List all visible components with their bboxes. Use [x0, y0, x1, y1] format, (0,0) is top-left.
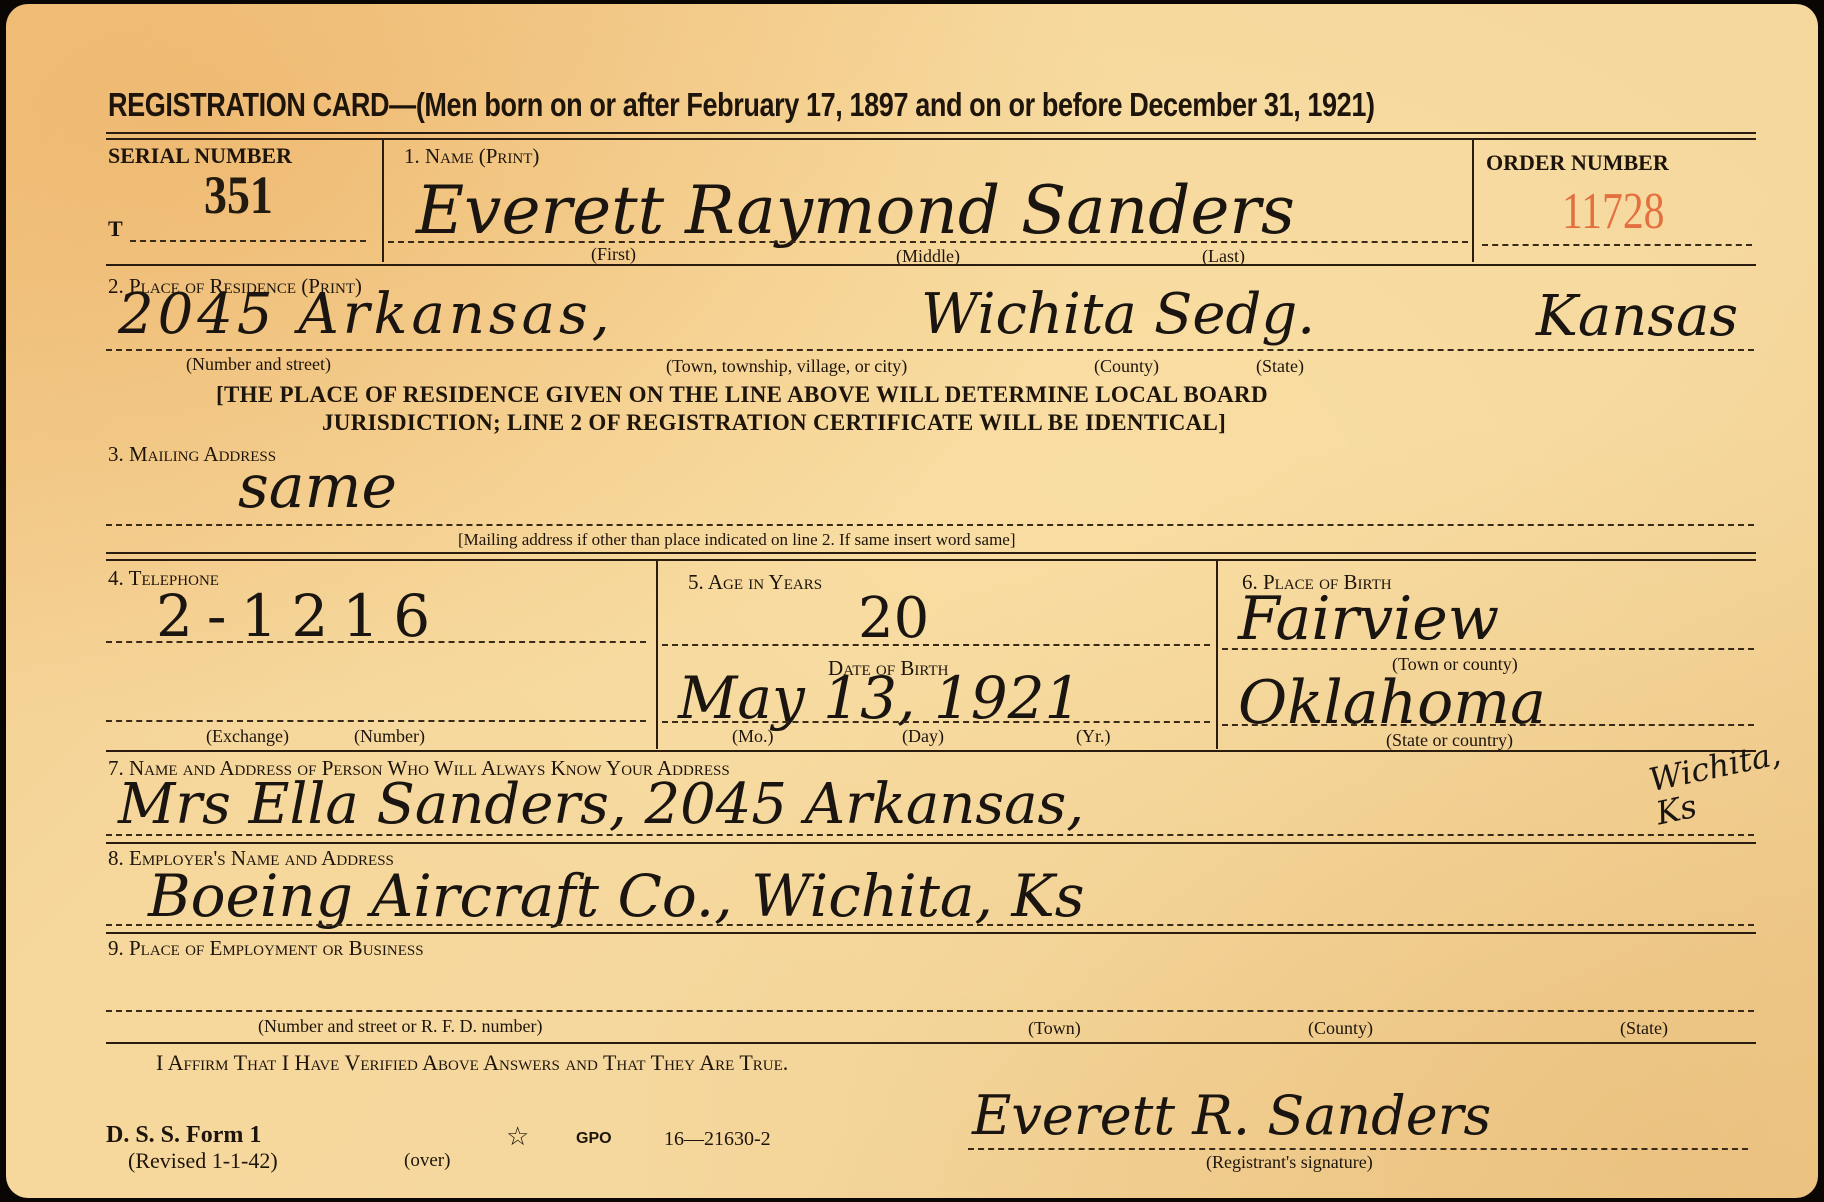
residence-sub-county: (County): [1094, 356, 1159, 377]
signature-value: Everett R. Sanders: [972, 1084, 1491, 1147]
mailing-line: [106, 524, 1754, 526]
divider: [106, 1042, 1756, 1044]
residence-notice-line2: JURISDICTION; LINE 2 OF REGISTRATION CER…: [322, 410, 1226, 436]
contact-margin-value: Wichita, Ks: [1646, 739, 1778, 830]
employment-sub-street: (Number and street or R. F. D. number): [258, 1016, 543, 1037]
divider: [106, 559, 1756, 561]
form-id: D. S. S. Form 1: [106, 1122, 261, 1149]
mailing-address-sub: [Mailing address if other than place ind…: [458, 530, 1016, 550]
divider: [106, 932, 1756, 934]
registration-card: REGISTRATION CARD—(Men born on or after …: [6, 4, 1818, 1198]
birthplace-state-value: Oklahoma: [1238, 668, 1546, 738]
order-number-value: 11728: [1562, 182, 1664, 241]
birthplace-town-value: Fairview: [1238, 584, 1499, 654]
residence-sub-state: (State): [1256, 356, 1304, 377]
birthplace-state-line: [1222, 724, 1754, 726]
card-title: REGISTRATION CARD—(Men born on or after …: [108, 86, 1375, 124]
telephone-value: 2-1216: [156, 582, 444, 650]
telephone-line-2: [106, 720, 646, 722]
residence-sub-street: (Number and street): [186, 354, 331, 375]
residence-sub-town: (Town, township, village, or city): [666, 356, 907, 377]
residence-state-value: Kansas: [1536, 284, 1738, 349]
residence-street-value: 2045 Arkansas,: [118, 282, 614, 347]
name-line: [388, 241, 1468, 243]
divider: [1472, 140, 1474, 262]
signature-line: [968, 1148, 1748, 1150]
residence-notice-line1: [THE PLACE OF RESIDENCE GIVEN ON THE LIN…: [216, 382, 1268, 408]
telephone-sub-number: (Number): [354, 726, 425, 747]
divider: [382, 140, 384, 262]
name-value: Everett Raymond Sanders: [416, 172, 1295, 249]
residence-town-value: Wichita: [921, 282, 1137, 347]
affirmation-text: I Affirm That I Have Verified Above Answ…: [156, 1050, 788, 1076]
signature-sub: (Registrant's signature): [1206, 1152, 1373, 1173]
dob-sub-year: (Yr.): [1076, 726, 1111, 747]
serial-number-value: 351: [204, 164, 273, 226]
employer-value: Boeing Aircraft Co., Wichita, Ks: [148, 862, 1084, 930]
age-value: 20: [858, 586, 929, 651]
employment-line: [106, 1010, 1754, 1012]
gpo-code: 16—21630-2: [664, 1128, 771, 1151]
birthplace-sub-state: (State or country): [1386, 730, 1513, 751]
dob-sub-month: (Mo.): [732, 726, 774, 747]
name-label: 1. Name (Print): [404, 144, 539, 169]
employment-sub-county: (County): [1308, 1018, 1373, 1039]
order-number-label: ORDER NUMBER: [1486, 150, 1669, 176]
serial-prefix: T: [108, 216, 123, 242]
divider: [106, 552, 1756, 554]
birthplace-town-line: [1222, 648, 1754, 650]
telephone-line: [106, 641, 646, 643]
divider: [1216, 561, 1218, 749]
employment-sub-town: (Town): [1028, 1018, 1081, 1039]
divider: [106, 264, 1756, 266]
order-line: [1482, 244, 1752, 246]
serial-line: [130, 240, 366, 242]
contact-value: Mrs Ella Sanders, 2045 Arkansas,: [118, 772, 1084, 837]
dob-sub-day: (Day): [902, 726, 944, 747]
divider: [106, 750, 1756, 752]
mailing-address-value: same: [238, 452, 397, 522]
form-revised: (Revised 1-1-42): [128, 1148, 278, 1174]
employment-label: 9. Place of Employment or Business: [108, 936, 424, 961]
star-icon: ☆: [506, 1122, 529, 1152]
residence-line: [106, 349, 1754, 351]
gpo-mark: GPO: [576, 1130, 612, 1148]
divider: [106, 842, 1756, 844]
form-over: (over): [404, 1150, 450, 1172]
telephone-sub-exchange: (Exchange): [206, 726, 289, 747]
name-sub-first: (First): [591, 244, 636, 265]
divider: [106, 138, 1756, 140]
age-line: [662, 644, 1210, 646]
divider: [106, 132, 1756, 134]
employer-line: [106, 924, 1754, 926]
age-label: 5. Age in Years: [688, 570, 822, 595]
contact-line: [106, 834, 1754, 836]
employment-sub-state: (State): [1620, 1018, 1668, 1039]
dob-line: [662, 721, 1210, 723]
divider: [656, 561, 658, 749]
residence-county-value: Sedg.: [1154, 282, 1315, 347]
